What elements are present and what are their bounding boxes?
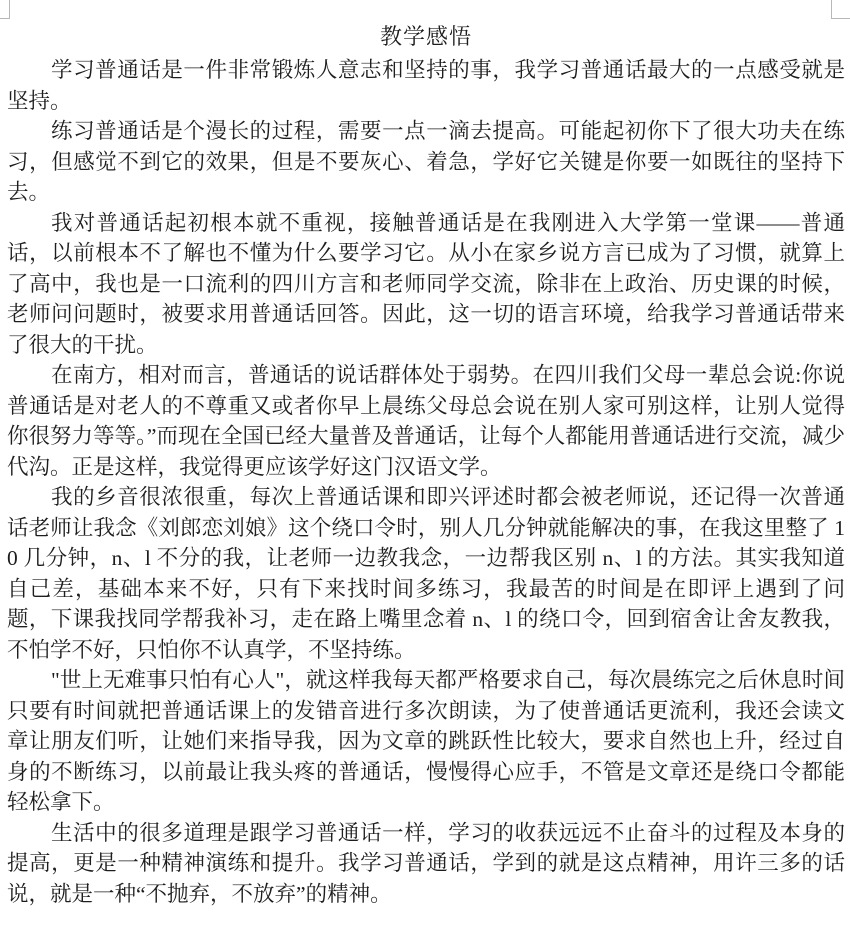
paragraph-6: "世上无难事只怕有心人"，就这样我每天都严格要求自己，每次晨练完之后休息时间只要… bbox=[7, 665, 845, 818]
text-boundary-mark-top-left bbox=[0, 0, 10, 19]
paragraph-7: 生活中的很多道理是跟学习普通话一样，学习的收获远远不止奋斗的过程及本身的提高，更… bbox=[7, 818, 845, 910]
document-page: 教学感悟 学习普通话是一件非常锻炼人意志和坚持的事，我学习普通话最大的一点感受就… bbox=[0, 0, 850, 927]
paragraph-4: 在南方，相对而言，普通话的说话群体处于弱势。在四川我们父母一辈总会说:你说普通话… bbox=[7, 360, 845, 482]
document-body: 教学感悟 学习普通话是一件非常锻炼人意志和坚持的事，我学习普通话最大的一点感受就… bbox=[7, 18, 845, 909]
paragraph-5: 我的乡音很浓很重，每次上普通话课和即兴评述时都会被老师说，还记得一次普通话老师让… bbox=[7, 482, 845, 665]
paragraph-2: 练习普通话是个漫长的过程，需要一点一滴去提高。可能起初你下了很大功夫在练习，但感… bbox=[7, 116, 845, 208]
document-title: 教学感悟 bbox=[7, 18, 845, 55]
paragraph-3: 我对普通话起初根本就不重视，接触普通话是在我刚进入大学第一堂课——普通话，以前根… bbox=[7, 208, 845, 361]
paragraph-1: 学习普通话是一件非常锻炼人意志和坚持的事，我学习普通话最大的一点感受就是坚持。 bbox=[7, 55, 845, 116]
text-boundary-mark-top-right bbox=[831, 0, 850, 19]
